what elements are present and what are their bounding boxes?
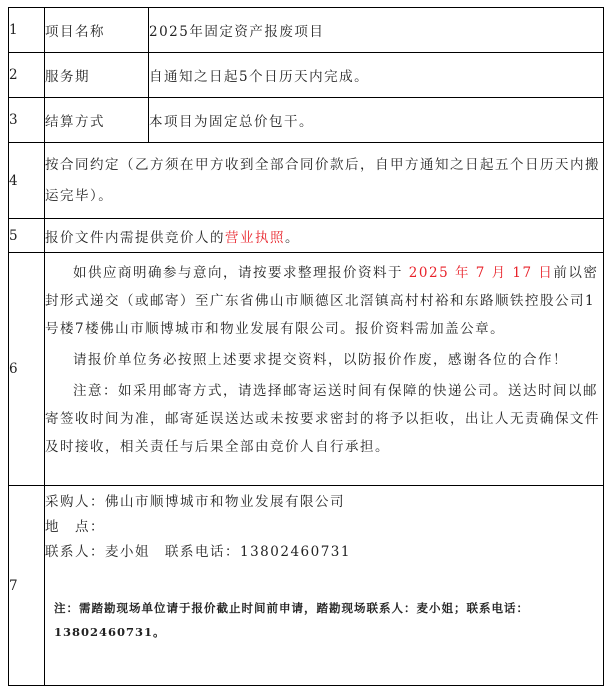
row-number: 1 — [9, 8, 45, 53]
mail-notice-paragraph: 注意：如采用邮寄方式，请选择邮寄运送时间有保障的快递公司。送达时间以邮寄签收时间… — [45, 377, 603, 461]
text-prefix: 报价文件内需提供竞价人的 — [45, 230, 225, 246]
table-row: 2 服务期 自通知之日起5个日历天内完成。 — [9, 53, 604, 98]
reminder-paragraph: 请报价单位务必按照上述要求提交资料，以防报价作废，感谢各位的合作！ — [45, 346, 603, 374]
text-suffix: 。 — [285, 230, 300, 246]
contact-line: 联系人：麦小姐 联系电话：13802460731 — [45, 540, 603, 565]
row-number: 7 — [9, 486, 45, 686]
row-value: 自通知之日起5个日历天内完成。 — [149, 53, 604, 98]
submission-paragraph: 如供应商明确参与意向，请按要求整理报价资料于 2025 年 7 月 17 日前以… — [45, 259, 603, 343]
site-visit-note: 注：需踏勘现场单位请于报价截止时间前申请，踏勘现场联系人：麦小姐；联系电话：13… — [54, 596, 597, 644]
row-value: 本项目为固定总价包干。 — [149, 98, 604, 143]
table-row: 6 如供应商明确参与意向，请按要求整理报价资料于 2025 年 7 月 17 日… — [9, 253, 604, 486]
row-number: 5 — [9, 219, 45, 253]
contact-info: 采购人：佛山市顺博城市和物业发展有限公司 地 点： 联系人：麦小姐 联系电话：1… — [45, 486, 604, 686]
row-number: 2 — [9, 53, 45, 98]
table-row: 5 报价文件内需提供竞价人的营业执照。 — [9, 219, 604, 253]
row-number: 4 — [9, 143, 45, 219]
submission-instructions: 如供应商明确参与意向，请按要求整理报价资料于 2025 年 7 月 17 日前以… — [45, 253, 604, 486]
table-row: 4 按合同约定（乙方须在甲方收到全部合同价款后，自甲方通知之日起五个日历天内搬运… — [9, 143, 604, 219]
para-text: 如供应商明确参与意向，请按要求整理报价资料于 — [73, 265, 409, 281]
row-number: 3 — [9, 98, 45, 143]
row-label: 项目名称 — [45, 8, 149, 53]
business-license-highlight: 营业执照 — [225, 230, 285, 246]
table-row: 7 采购人：佛山市顺博城市和物业发展有限公司 地 点： 联系人：麦小姐 联系电话… — [9, 486, 604, 686]
purchaser-line: 采购人：佛山市顺博城市和物业发展有限公司 — [45, 490, 603, 515]
project-info-table: 1 项目名称 2025年固定资产报废项目 2 服务期 自通知之日起5个日历天内完… — [8, 7, 604, 686]
table-row: 3 结算方式 本项目为固定总价包干。 — [9, 98, 604, 143]
contract-terms-text: 按合同约定（乙方须在甲方收到全部合同价款后，自甲方通知之日起五个日历天内搬运完毕… — [45, 143, 604, 219]
required-documents-text: 报价文件内需提供竞价人的营业执照。 — [45, 219, 604, 253]
deadline-date: 2025 年 7 月 17 日 — [409, 265, 554, 281]
table-row: 1 项目名称 2025年固定资产报废项目 — [9, 8, 604, 53]
row-value: 2025年固定资产报废项目 — [149, 8, 604, 53]
location-line: 地 点： — [45, 515, 603, 540]
row-label: 结算方式 — [45, 98, 149, 143]
row-label: 服务期 — [45, 53, 149, 98]
row-number: 6 — [9, 253, 45, 486]
